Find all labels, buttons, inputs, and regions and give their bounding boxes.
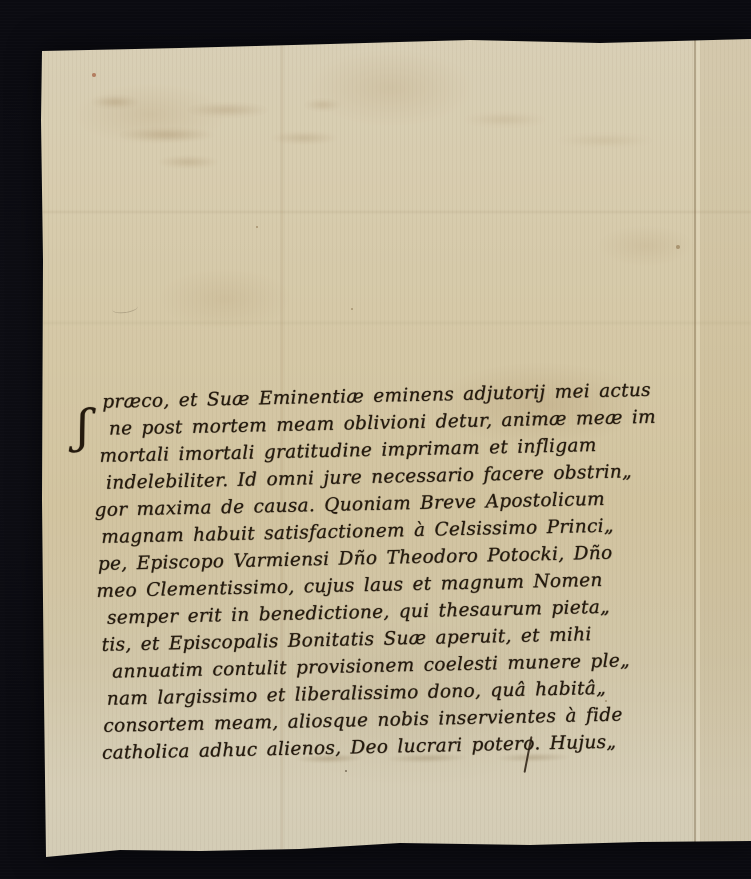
pencil-squiggle — [111, 301, 138, 315]
vertical-fold-right — [694, 39, 751, 845]
paper-speckles — [0, 0, 2, 2]
paper-wrapper: præco, et Suæ Eminentiæ eminens adjutori… — [0, 0, 751, 879]
horizontal-crease-upper — [42, 211, 751, 213]
ink-showthrough-top-right — [430, 95, 680, 165]
paragraph-flourish-mark: ʃ — [76, 403, 90, 449]
manuscript-paper: præco, et Suæ Eminentiæ eminens adjutori… — [0, 0, 751, 879]
photo-backdrop: præco, et Suæ Eminentiæ eminens adjutori… — [0, 0, 751, 879]
manuscript-text-block: præco, et Suæ Eminentiæ eminens adjutori… — [92, 376, 688, 767]
horizontal-crease-mid — [42, 322, 751, 324]
ink-showthrough-top — [60, 80, 365, 180]
